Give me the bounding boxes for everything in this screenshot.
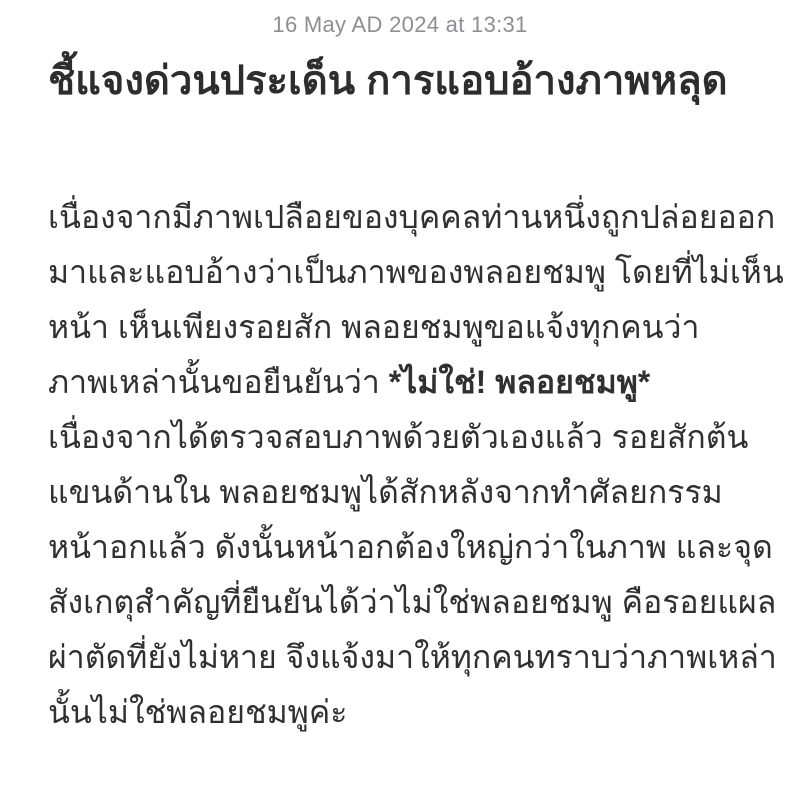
body-line-10: นั้นไม่ใช่พลอยชมพูค่ะ <box>48 685 780 740</box>
note-title: ชี้แจงด่วนประเด็น การแอบอ้างภาพหลุด <box>48 55 780 107</box>
body-line-5-text: เนื่องจากได้ตรวจสอบภาพด้วยตัวเองแล้ว รอย… <box>48 419 748 455</box>
body-line-9: ผ่าตัดที่ยังไม่หาย จึงแจ้งมาให้ทุกคนทราบ… <box>48 630 780 685</box>
body-line-6: แขนด้านใน พลอยชมพูได้สักหลังจากทำศัลยกรร… <box>48 465 780 520</box>
note-page: { "note": { "date_header": "16 May AD 20… <box>0 0 800 800</box>
body-line-3-text: หน้า เห็นเพียงรอยสัก พลอยชมพูขอแจ้งทุกคน… <box>48 309 699 345</box>
body-line-2-text: มาและแอบอ้างว่าเป็นภาพของพลอยชมพู โดยที่… <box>48 254 784 290</box>
body-line-7-text: หน้าอกแล้ว ดังนั้นหน้าอกต้องใหญ่กว่าในภา… <box>48 529 773 565</box>
body-line-9-text: ผ่าตัดที่ยังไม่หาย จึงแจ้งมาให้ทุกคนทราบ… <box>48 639 777 675</box>
body-line-10-text: นั้นไม่ใช่พลอยชมพูค่ะ <box>48 694 347 730</box>
body-line-8: สังเกตุสำคัญที่ยืนยันได้ว่าไม่ใช่พลอยชมพ… <box>48 575 780 630</box>
body-line-1-text: เนื่องจากมีภาพเปลือยของบุคคลท่านหนึ่งถูก… <box>48 199 775 235</box>
body-line-3: หน้า เห็นเพียงรอยสัก พลอยชมพูขอแจ้งทุกคน… <box>48 300 780 355</box>
body-line-7: หน้าอกแล้ว ดังนั้นหน้าอกต้องใหญ่กว่าในภา… <box>48 520 780 575</box>
body-line-6-text: แขนด้านใน พลอยชมพูได้สักหลังจากทำศัลยกรร… <box>48 474 723 510</box>
note-timestamp: 16 May AD 2024 at 13:31 <box>0 12 800 38</box>
body-line-4: ภาพเหล่านั้นขอยืนยันว่า *ไม่ใช่! พลอยชมพ… <box>48 355 780 410</box>
note-body: เนื่องจากมีภาพเปลือยของบุคคลท่านหนึ่งถูก… <box>48 190 780 740</box>
body-line-4-text: ภาพเหล่านั้นขอยืนยันว่า <box>48 364 389 400</box>
body-line-2: มาและแอบอ้างว่าเป็นภาพของพลอยชมพู โดยที่… <box>48 245 780 300</box>
body-line-8-text: สังเกตุสำคัญที่ยืนยันได้ว่าไม่ใช่พลอยชมพ… <box>48 584 776 620</box>
body-line-4-bold-text: *ไม่ใช่! พลอยชมพู* <box>389 364 651 400</box>
body-line-5: เนื่องจากได้ตรวจสอบภาพด้วยตัวเองแล้ว รอย… <box>48 410 780 465</box>
body-line-1: เนื่องจากมีภาพเปลือยของบุคคลท่านหนึ่งถูก… <box>48 190 780 245</box>
